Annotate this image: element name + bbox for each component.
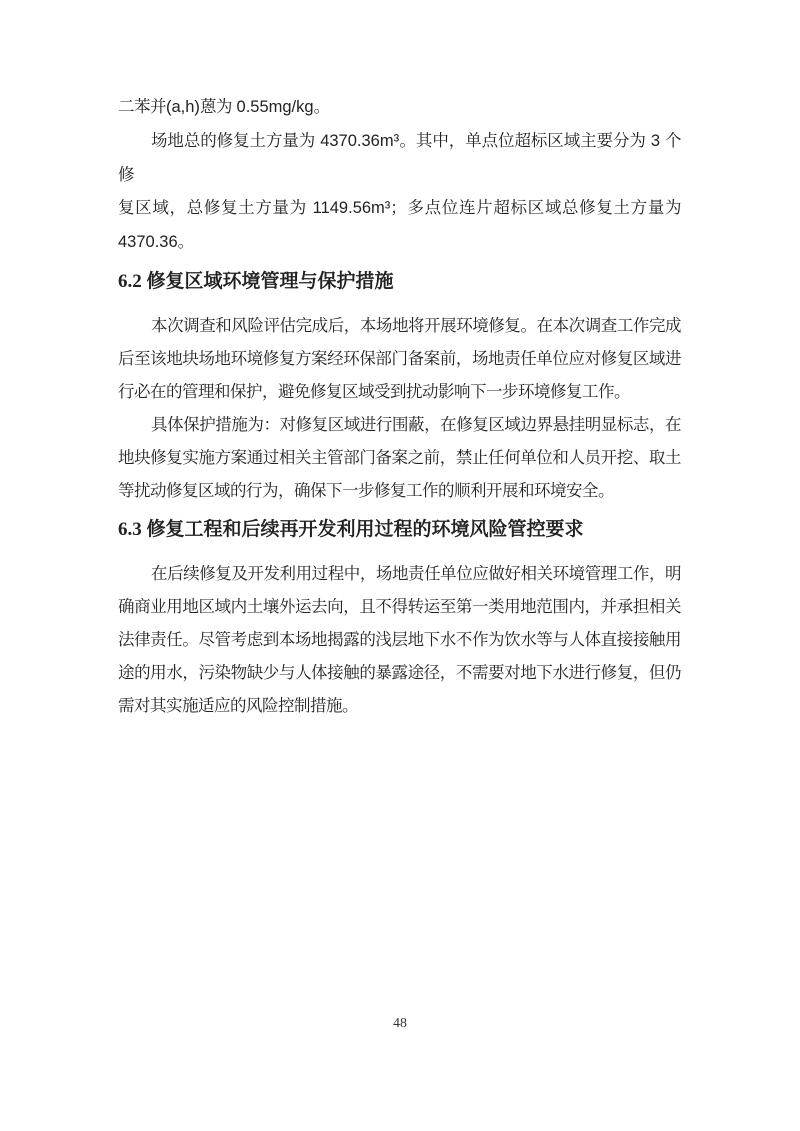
- text-line: 4370.36。: [118, 225, 681, 259]
- text-line: 行必在的管理和保护，避免修复区域受到扰动影响下一步环境修复工作。: [118, 375, 681, 408]
- intro-paragraph-tail: 二苯并(a,h)蒽为 0.55mg/kg。: [118, 90, 681, 124]
- text-line: 途的用水，污染物缺少与人体接触的暴露途径，不需要对地下水进行修复，但仍: [118, 656, 681, 689]
- text-line: 本次调查和风险评估完成后，本场地将开展环境修复。在本次调查工作完成: [118, 309, 681, 342]
- text-line: 确商业用地区域内土壤外运去向，且不得转运至第一类用地范围内，并承担相关: [118, 590, 681, 623]
- soil-volume-paragraph: 场地总的修复土方量为 4370.36m³。其中，单点位超标区域主要分为 3 个修…: [118, 124, 681, 259]
- text-line: 等扰动修复区域的行为，确保下一步修复工作的顺利开展和环境安全。: [118, 474, 681, 507]
- text-line: 复区域，总修复土方量为 1149.56m³；多点位连片超标区域总修复土方量为: [118, 191, 681, 225]
- text-line: 在后续修复及开发利用过程中，场地责任单位应做好相关环境管理工作，明: [118, 557, 681, 590]
- section-6-3-heading: 6.3 修复工程和后续再开发利用过程的环境风险管控要求: [118, 517, 681, 543]
- text-line: 需对其实施适应的风险控制措施。: [118, 689, 681, 722]
- text-line: 二苯并(a,h)蒽为 0.55mg/kg。: [118, 90, 681, 124]
- page-number: 48: [0, 1016, 800, 1032]
- text-line: 法律责任。尽管考虑到本场地揭露的浅层地下水不作为饮水等与人体直接接触用: [118, 623, 681, 656]
- text-line: 后至该地块场地环境修复方案经环保部门备案前，场地责任单位应对修复区域进: [118, 342, 681, 375]
- text-line: 地块修复实施方案通过相关主管部门备案之前，禁止任何单位和人员开挖、取土: [118, 441, 681, 474]
- section-6-3-paragraph-1: 在后续修复及开发利用过程中，场地责任单位应做好相关环境管理工作，明 确商业用地区…: [118, 557, 681, 722]
- section-6-2-paragraph-2: 具体保护措施为：对修复区域进行围蔽，在修复区域边界悬挂明显标志，在 地块修复实施…: [118, 408, 681, 507]
- page-content: 二苯并(a,h)蒽为 0.55mg/kg。 场地总的修复土方量为 4370.36…: [118, 90, 681, 722]
- text-line: 场地总的修复土方量为 4370.36m³。其中，单点位超标区域主要分为 3 个修: [118, 124, 681, 191]
- document-page: 二苯并(a,h)蒽为 0.55mg/kg。 场地总的修复土方量为 4370.36…: [0, 0, 800, 1131]
- section-6-2-heading: 6.2 修复区域环境管理与保护措施: [118, 269, 681, 295]
- text-line: 具体保护措施为：对修复区域进行围蔽，在修复区域边界悬挂明显标志，在: [118, 408, 681, 441]
- section-6-2-paragraph-1: 本次调查和风险评估完成后，本场地将开展环境修复。在本次调查工作完成 后至该地块场…: [118, 309, 681, 408]
